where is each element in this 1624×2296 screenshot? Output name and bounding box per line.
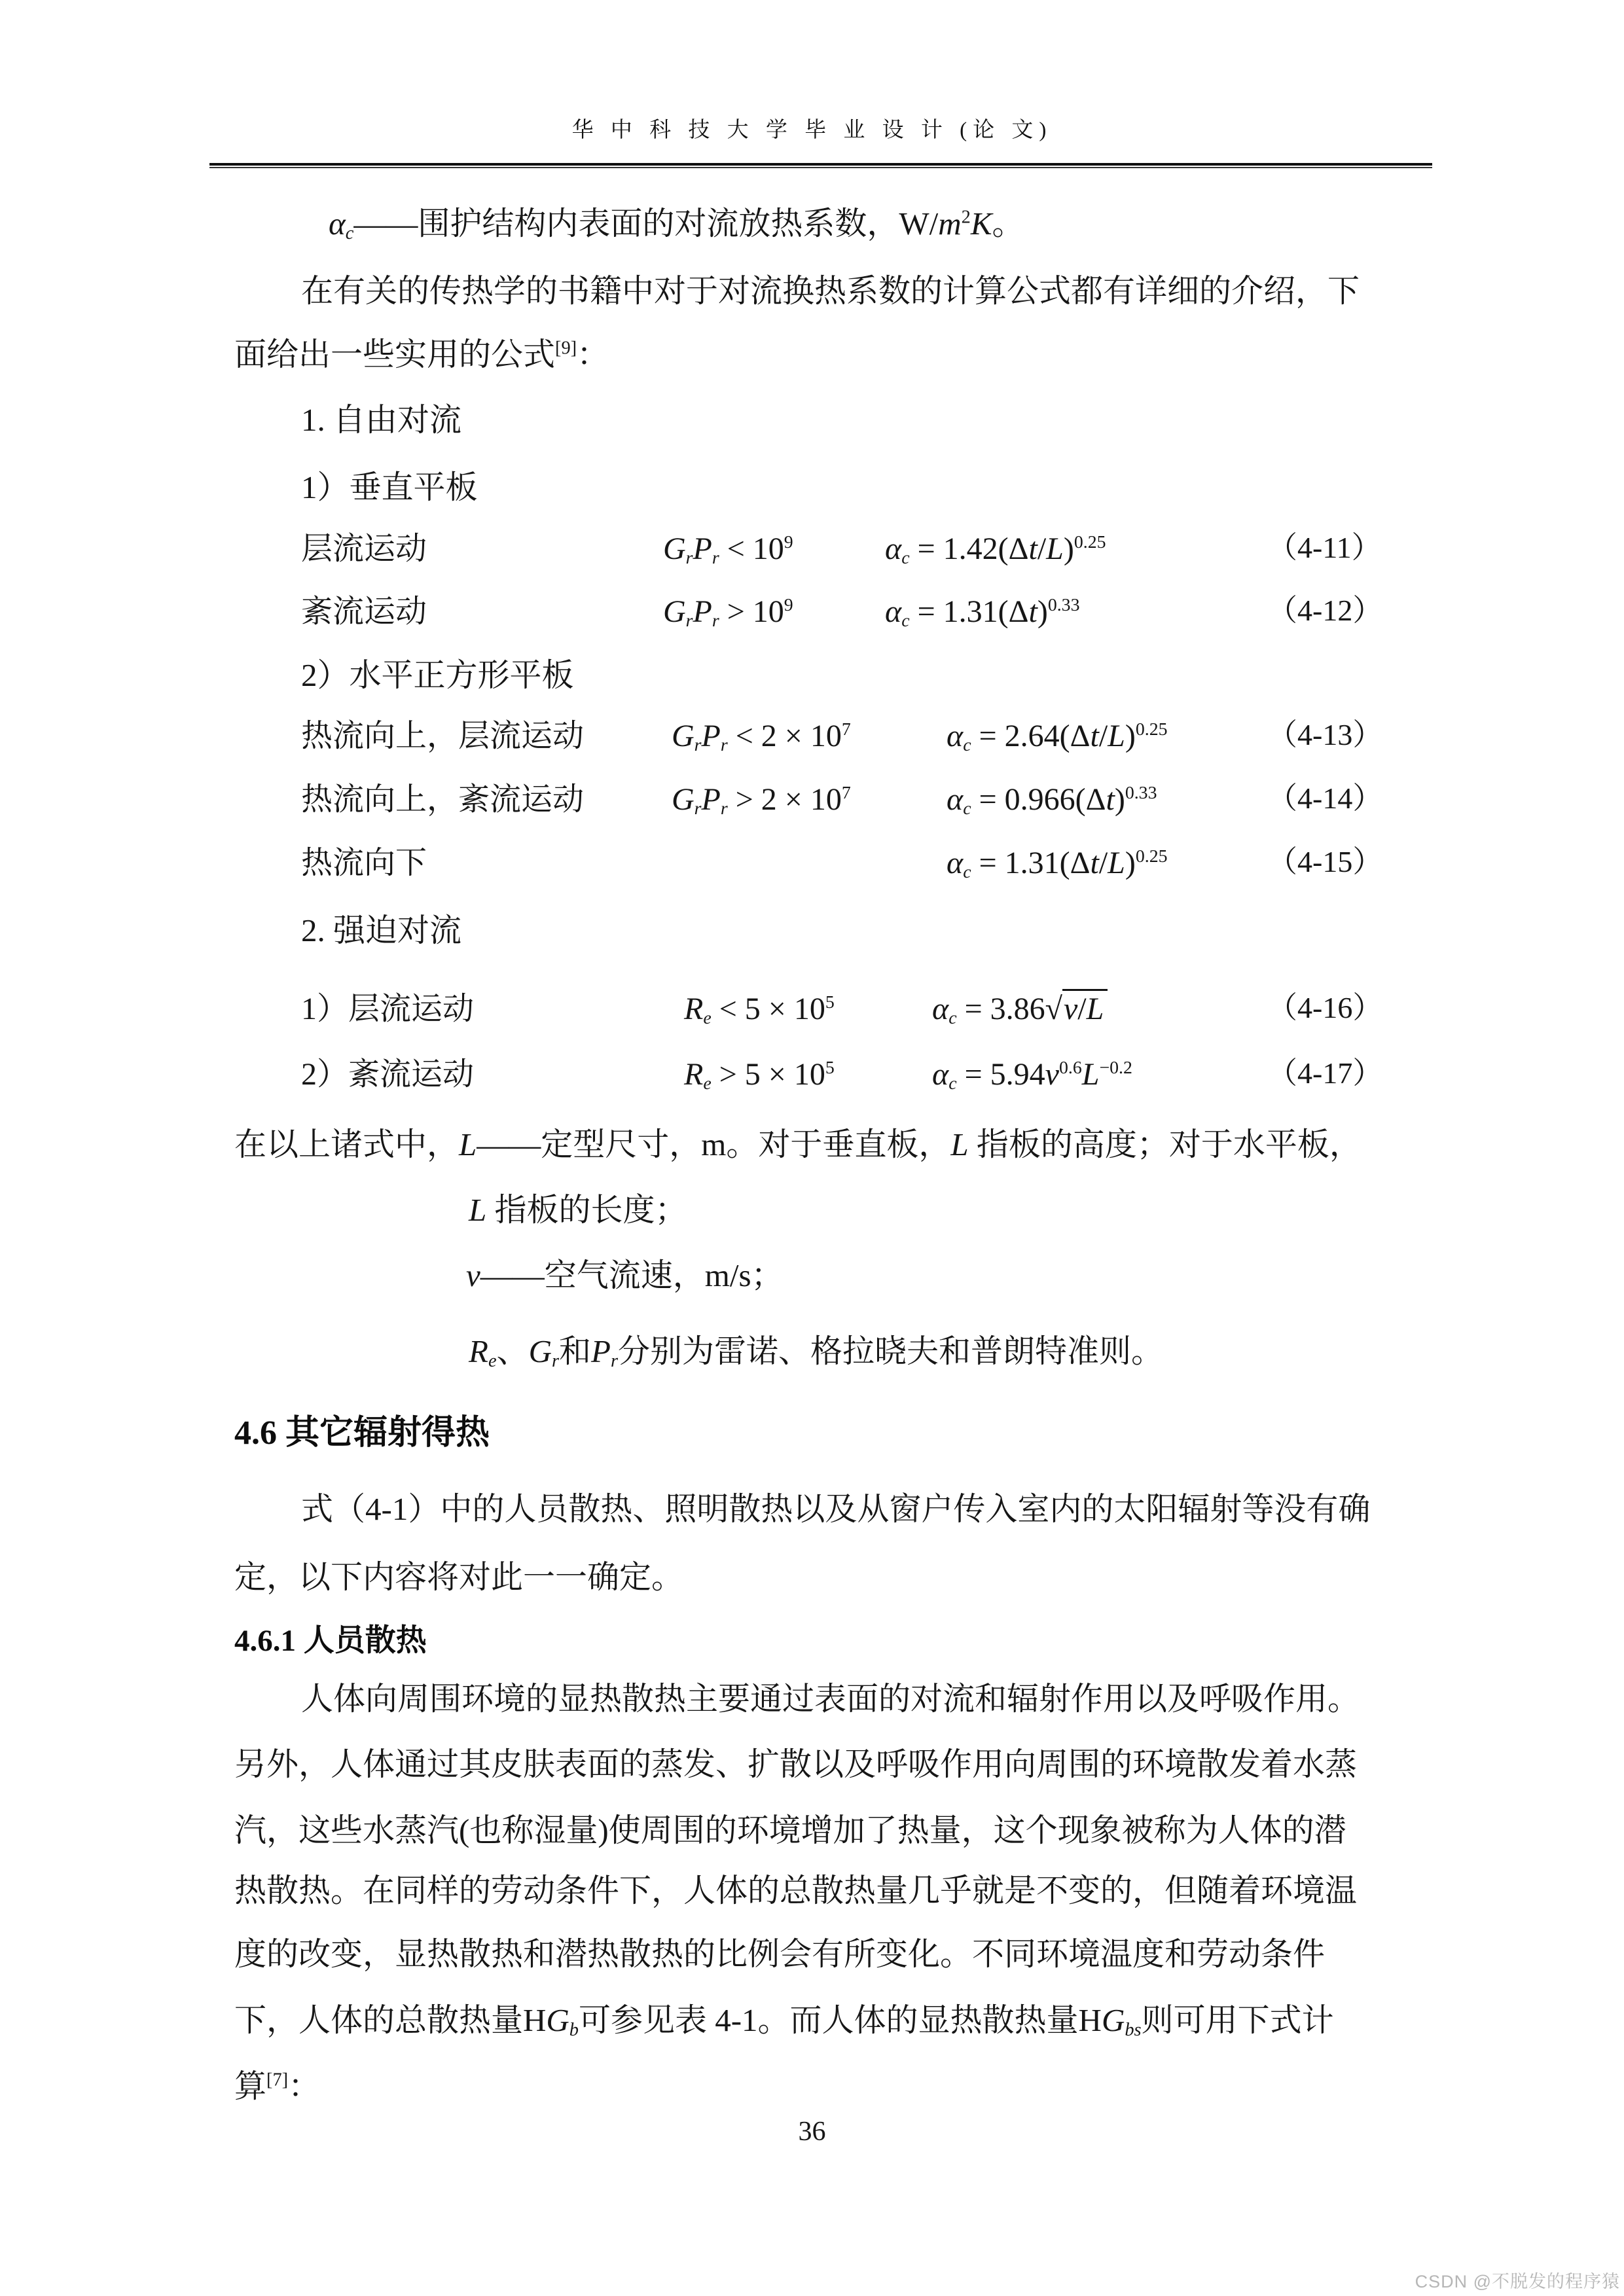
formula-condition: GrPr > 109: [663, 594, 793, 630]
list-item-forced-convection: 2. 强迫对流: [301, 912, 461, 949]
thesis-page: 华 中 科 技 大 学 毕 业 设 计 (论 文) αc——围护结构内表面的对流…: [0, 0, 1624, 2296]
formula-expression: αc = 1.31(Δt/L)0.25: [947, 845, 1168, 881]
symbol-note-line-1: 在以上诸式中，L——定型尺寸，m。对于垂直板，L 指板的高度；对于水平板，: [234, 1126, 1362, 1163]
formula-label: 紊流运动: [301, 594, 427, 630]
formula-condition: GrPr < 2 × 107: [672, 718, 851, 754]
formula-expression: αc = 3.86√v/L: [932, 991, 1108, 1027]
formula-condition: GrPr > 2 × 107: [672, 781, 851, 817]
symbol-note-line-2: L 指板的长度；: [469, 1192, 687, 1229]
header-double-rule: [209, 163, 1432, 168]
page-number: 36: [0, 2116, 1624, 2147]
page-header-title: 华 中 科 技 大 学 毕 业 设 计 (论 文): [0, 113, 1624, 143]
equation-number: （4-16）: [1267, 991, 1382, 1026]
section-4-6-1-paragraph-line-1: 人体向周围环境的显热散热主要通过表面的对流和辐射作用以及呼吸作用。: [301, 1681, 1360, 1717]
list-item-free-convection: 1. 自由对流: [301, 402, 461, 439]
formula-label: 热流向上，层流运动: [301, 718, 584, 754]
formula-expression: αc = 5.94v0.6L−0.2: [932, 1056, 1132, 1092]
symbol-note-line-3: v——空气流速，m/s；: [466, 1257, 784, 1294]
symbol-note-line-4: Re、Gr和Pr分别为雷诺、格拉晓夫和普朗特准则。: [469, 1333, 1163, 1370]
section-4-6-1-paragraph-line-7: 算[7]：: [234, 2068, 320, 2105]
list-item-vertical-plate: 1）垂直平板: [301, 469, 478, 506]
section-heading-4-6-1: 4.6.1 人员散热: [234, 1623, 427, 1659]
formula-row-4-15: 热流向下 αc = 1.31(Δt/L)0.25 （4-15）: [0, 845, 1624, 924]
formula-expression: αc = 2.64(Δt/L)0.25: [947, 718, 1168, 754]
formula-label: 热流向下: [301, 845, 427, 881]
alpha-definition-line: αc——围护结构内表面的对流放热系数，W/m2K。: [329, 206, 1024, 242]
formula-condition: GrPr < 109: [663, 531, 793, 567]
section-4-6-1-paragraph-line-2: 另外，人体通过其皮肤表面的蒸发、扩散以及呼吸作用向周围的环境散发着水蒸: [234, 1746, 1357, 1783]
intro-paragraph-line-2: 面给出一些实用的公式[9]：: [234, 336, 609, 373]
equation-number: （4-13）: [1267, 718, 1382, 753]
section-4-6-1-paragraph-line-6: 下，人体的总散热量HGb可参见表 4-1。而人体的显热散热量HGbs则可用下式计: [234, 2002, 1334, 2039]
section-4-6-paragraph-line-1: 式（4-1）中的人员散热、照明散热以及从窗户传入室内的太阳辐射等没有确: [301, 1491, 1370, 1528]
formula-condition: Re < 5 × 105: [684, 991, 835, 1027]
formula-label: 1）层流运动: [301, 991, 474, 1027]
formula-expression: αc = 0.966(Δt)0.33: [947, 781, 1157, 817]
section-4-6-1-paragraph-line-5: 度的改变，显热散热和潜热散热的比例会有所变化。不同环境温度和劳动条件: [234, 1936, 1325, 1973]
section-4-6-1-paragraph-line-4: 热散热。在同样的劳动条件下，人体的总散热量几乎就是不变的，但随着环境温: [234, 1873, 1357, 1909]
formula-expression: αc = 1.42(Δt/L)0.25: [885, 531, 1106, 567]
equation-number: （4-17）: [1267, 1056, 1382, 1091]
formula-condition: Re > 5 × 105: [684, 1056, 835, 1092]
equation-number: （4-14）: [1267, 781, 1382, 816]
formula-label: 热流向上，紊流运动: [301, 781, 584, 817]
equation-number: （4-12）: [1267, 594, 1382, 628]
equation-number: （4-11）: [1267, 531, 1382, 565]
formula-label: 2）紊流运动: [301, 1056, 474, 1092]
formula-row-4-12: 紊流运动 GrPr > 109 αc = 1.31(Δt)0.33 （4-12）: [0, 594, 1624, 672]
section-heading-4-6: 4.6 其它辐射得热: [234, 1414, 490, 1453]
list-item-horizontal-plate: 2）水平正方形平板: [301, 657, 574, 694]
section-4-6-paragraph-line-2: 定，以下内容将对此一一确定。: [234, 1559, 683, 1596]
section-4-6-1-paragraph-line-3: 汽，这些水蒸汽(也称湿量)使周围的环境增加了热量，这个现象被称为人体的潜: [234, 1812, 1346, 1849]
formula-row-4-17: 2）紊流运动 Re > 5 × 105 αc = 5.94v0.6L−0.2 （…: [0, 1056, 1624, 1135]
equation-number: （4-15）: [1267, 845, 1382, 880]
formula-label: 层流运动: [301, 531, 427, 567]
csdn-watermark: CSDN @不脱发的程序猿: [1415, 2267, 1620, 2293]
formula-expression: αc = 1.31(Δt)0.33: [885, 594, 1080, 630]
intro-paragraph-line-1: 在有关的传热学的书籍中对于对流换热系数的计算公式都有详细的介绍，下: [301, 273, 1360, 310]
